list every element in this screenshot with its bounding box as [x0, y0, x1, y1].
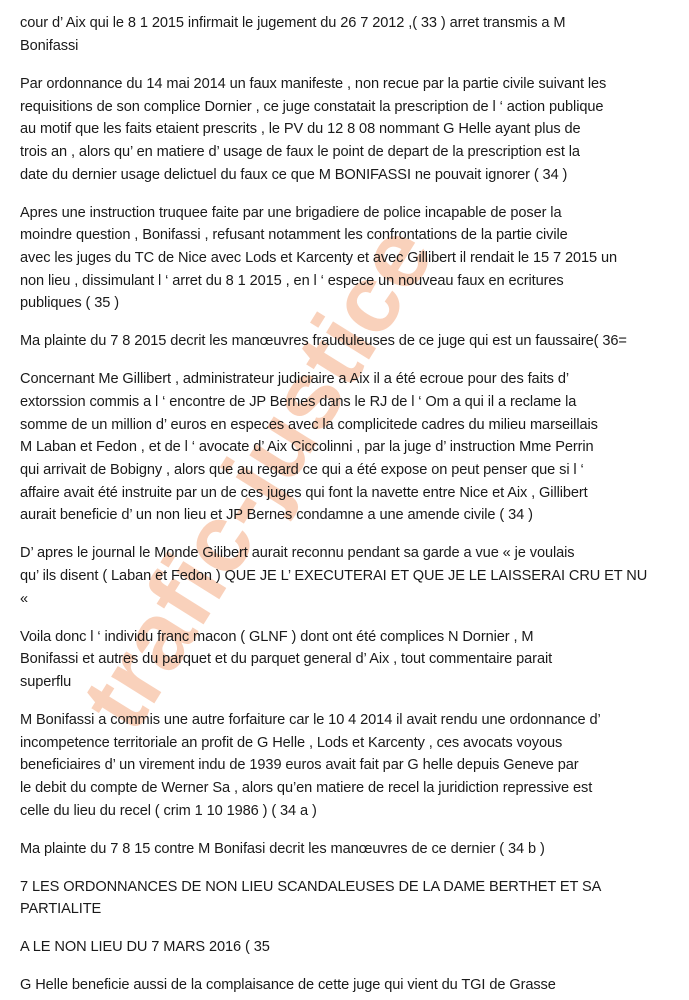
text-line: M Laban et Fedon , et de l ‘ avocate d’ …: [20, 437, 594, 457]
text-line: qu’ ils disent ( Laban et Fedon ) QUE JE…: [20, 566, 647, 586]
text-line: somme de un million d’ euros en especes …: [20, 415, 598, 435]
text-line: celle du lieu du recel ( crim 1 10 1986 …: [20, 801, 317, 821]
text-line: G Helle beneficie aussi de la complaisan…: [20, 975, 556, 995]
text-line: requisitions de son complice Dornier , c…: [20, 97, 603, 117]
text-line: au motif que les faits etaient prescrits…: [20, 119, 581, 139]
text-line: Ma plainte du 7 8 2015 decrit les manœuv…: [20, 331, 627, 351]
text-line: «: [20, 589, 28, 609]
text-line: beneficiaires d’ un virement indu de 193…: [20, 755, 579, 775]
text-line: aurait beneficie d’ un non lieu et JP Be…: [20, 505, 533, 525]
text-line: Par ordonnance du 14 mai 2014 un faux ma…: [20, 74, 606, 94]
text-line: Concernant Me Gillibert , administrateur…: [20, 369, 569, 389]
text-line: M Bonifassi a commis une autre forfaitur…: [20, 710, 601, 730]
text-line: extorssion commis a l ‘ encontre de JP B…: [20, 392, 576, 412]
text-line: moindre question , Bonifassi , refusant …: [20, 225, 568, 245]
text-line: 7 LES ORDONNANCES DE NON LIEU SCANDALEUS…: [20, 877, 601, 897]
text-line: PARTIALITE: [20, 899, 101, 919]
text-line: le debit du compte de Werner Sa , alors …: [20, 778, 592, 798]
text-line: trois an , alors qu’ en matiere d’ usage…: [20, 142, 580, 162]
text-line: A LE NON LIEU DU 7 MARS 2016 ( 35: [20, 937, 270, 957]
text-line: qui arrivait de Bobigny , alors que au r…: [20, 460, 584, 480]
text-line: affaire avait été instruite par un de ce…: [20, 483, 588, 503]
text-line: avec les juges du TC de Nice avec Lods e…: [20, 248, 617, 268]
text-line: publiques ( 35 ): [20, 293, 119, 313]
text-line: Bonifassi et autres du parquet et du par…: [20, 649, 552, 669]
text-line: Ma plainte du 7 8 15 contre M Bonifasi d…: [20, 839, 545, 859]
text-line: Voila donc l ‘ individu franc macon ( GL…: [20, 627, 533, 647]
text-line: superflu: [20, 672, 71, 692]
text-line: D’ apres le journal le Monde Gilibert au…: [20, 543, 574, 563]
text-line: Apres une instruction truquee faite par …: [20, 203, 561, 223]
text-line: non lieu , dissimulant l ‘ arret du 8 1 …: [20, 271, 564, 291]
document-page: trafic-justice cour d’ Aix qui le 8 1 20…: [0, 0, 689, 1000]
text-line: date du dernier usage delictuel du faux …: [20, 165, 567, 185]
text-line: cour d’ Aix qui le 8 1 2015 infirmait le…: [20, 13, 565, 33]
text-line: Bonifassi: [20, 36, 78, 56]
text-line: incompetence territoriale an profit de G…: [20, 733, 562, 753]
